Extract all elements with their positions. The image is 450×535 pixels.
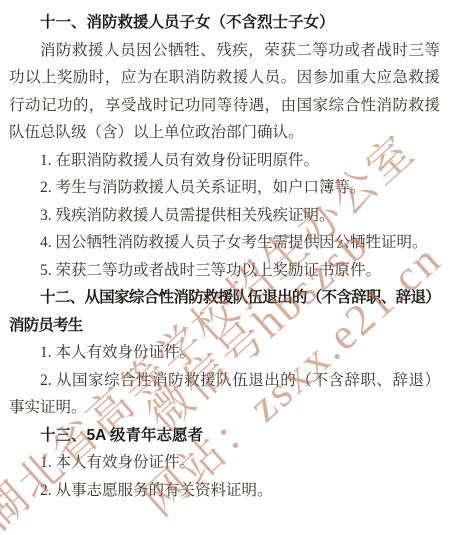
section-11-item-5: 5. 荣获二等功或者战时三等功以上奖励证书原件。 [9,257,440,285]
section-13: 十三、5A 级青年志愿者 1. 本人有效身份证件。 2. 从事志愿服务的有关资料… [9,422,440,505]
section-11: 十一、消防救援人员子女（不含烈士子女） 消防救援人员因公牺牲、残疾，荣获二等功或… [9,9,440,284]
section-11-item-3: 3. 残疾消防救援人员需提供相关残疾证明。 [9,202,440,230]
section-11-item-4: 4. 因公牺牲消防救援人员子女考生需提供因公牺牲证明。 [9,229,440,257]
section-11-heading: 十一、消防救援人员子女（不含烈士子女） [9,9,440,37]
document-body: 十一、消防救援人员子女（不含烈士子女） 消防救援人员因公牺牲、残疾，荣获二等功或… [0,0,450,535]
section-13-item-1: 1. 本人有效身份证件。 [9,449,440,477]
section-12: 十二、从国家综合性消防救援队伍退出的（不含辞职、辞退）消防员考生 1. 本人有效… [9,284,440,422]
section-12-heading: 十二、从国家综合性消防救援队伍退出的（不含辞职、辞退）消防员考生 [9,284,440,339]
section-11-paragraph: 消防救援人员因公牺牲、残疾，荣获二等功或者战时三等功以上奖励时，应为在职消防救援… [9,37,440,147]
section-12-item-2: 2. 从国家综合性消防救援队伍退出的（不含辞职、辞退）事实证明。 [9,367,440,422]
section-12-item-1: 1. 本人有效身份证件。 [9,339,440,367]
section-13-item-2: 2. 从事志愿服务的有关资料证明。 [9,477,440,505]
document-page: { "page": { "background": "#ffffff", "te… [0,0,450,535]
section-11-item-1: 1. 在职消防救援人员有效身份证明原件。 [9,147,440,175]
section-11-item-2: 2. 考生与消防救援人员关系证明，如户口簿等。 [9,174,440,202]
section-13-heading: 十三、5A 级青年志愿者 [9,422,440,450]
